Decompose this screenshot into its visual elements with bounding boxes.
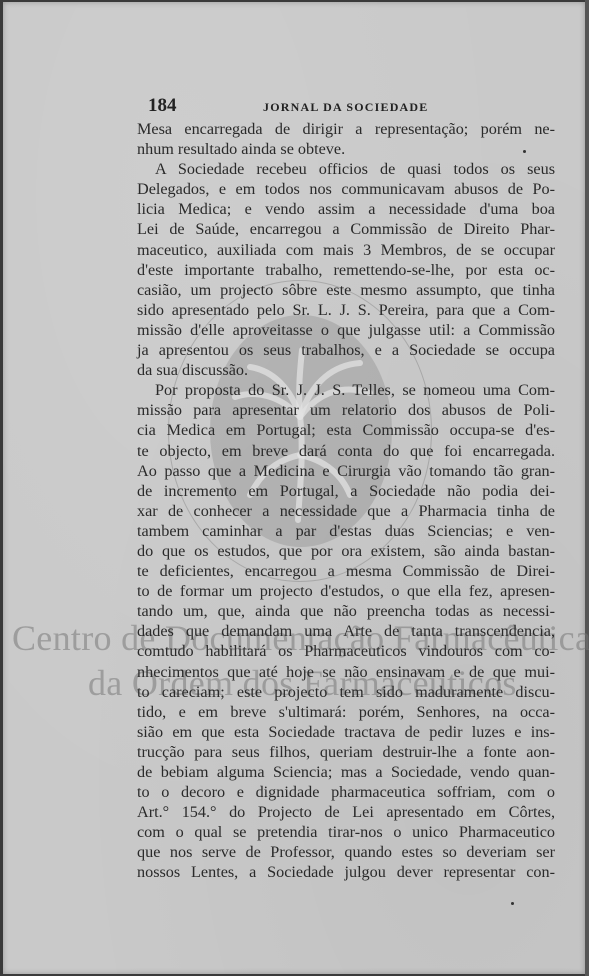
text-line: dades que demandam uma Arte de tanta tra… xyxy=(137,621,555,641)
running-head: JORNAL DA SOCIEDADE xyxy=(263,100,429,115)
text-line: to careciam; este projecto tem sido madu… xyxy=(137,682,555,702)
page-number: 184 xyxy=(148,95,177,117)
text-line: nhum resultado ainda se obteve. xyxy=(137,139,555,159)
text-line: missão para apresentar um relatorio dos … xyxy=(137,400,555,420)
text-line: te objecto, em breve dará conta do que f… xyxy=(137,441,555,461)
text-line: ja apresentou os seus trabalhos, e a Soc… xyxy=(137,340,555,360)
text-line: to o decoro e dignidade pharmaceutica so… xyxy=(137,782,555,802)
text-line: sião em que esta Sociedade tractava de p… xyxy=(137,722,555,742)
text-line: to de formar um projecto d'estudos, o qu… xyxy=(137,581,555,601)
text-line: tido, e em breve s'ultimará: porém, Senh… xyxy=(137,702,555,722)
text-line: comtudo habilitará os Pharmaceuticos vin… xyxy=(137,641,555,661)
text-line: de incremento em Portugal, a Sociedade n… xyxy=(137,481,555,501)
text-line: d'este importante trabalho, remettendo-s… xyxy=(137,260,555,280)
text-line: trucção para seus filhos, queriam destru… xyxy=(137,742,555,762)
text-line: nossos Lentes, a Sociedade julgou dever … xyxy=(137,862,555,882)
text-line: nhecimentos que até hoje se não ensinava… xyxy=(137,662,555,682)
text-line: cia Medica em Portugal; esta Commissão o… xyxy=(137,420,555,440)
text-line: casião, um projecto sôbre este mesmo ass… xyxy=(137,280,555,300)
text-line: te deficientes, encarregou a mesma Commi… xyxy=(137,561,555,581)
text-line: Lei de Saúde, encarregou a Commissão de … xyxy=(137,219,555,239)
paragraph-start-line: Por proposta do Sr. J. J. S. Telles, se … xyxy=(137,380,555,400)
text-line: Art.° 154.° do Projecto de Lei apresenta… xyxy=(137,802,555,822)
text-line: do que os estudos, que por ora existem, … xyxy=(137,541,555,561)
text-line: que nos serve de Professor, quando estes… xyxy=(137,842,555,862)
text-line: com o qual se pretendia tirar-nos o unic… xyxy=(137,822,555,842)
text-line: Mesa encarregada de dirigir a representa… xyxy=(137,119,555,139)
text-line: Delegados, e em todos nos communicavam a… xyxy=(137,179,555,199)
text-line: missão d'elle aproveitasse o que julgass… xyxy=(137,320,555,340)
text-line: tando um, que, ainda que não preencha to… xyxy=(137,601,555,621)
text-line: sido apresentado pelo Sr. L. J. S. Perei… xyxy=(137,300,555,320)
body-text: Mesa encarregada de dirigir a representa… xyxy=(137,119,555,883)
text-line: licia Medica; e vendo assim a necessidad… xyxy=(137,199,555,219)
paragraph-start-line: A Sociedade recebeu officios de quasi to… xyxy=(137,159,555,179)
page-frame-edge xyxy=(585,0,589,976)
text-line: tambem caminhar a par d'estas duas Scien… xyxy=(137,521,555,541)
text-line: de bebiam alguma Sciencia; mas a Socieda… xyxy=(137,762,555,782)
document-page: 184 JORNAL DA SOCIEDADE Mesa encarregada… xyxy=(3,2,585,974)
ink-speck xyxy=(511,902,514,905)
page-header: 184 JORNAL DA SOCIEDADE xyxy=(148,95,558,117)
text-line: Ao passo que a Medicina e Cirurgia vão t… xyxy=(137,461,555,481)
text-line: maceutico, auxiliada com mais 3 Membros,… xyxy=(137,240,555,260)
text-line: xar de conhecer a necessidade que a Phar… xyxy=(137,501,555,521)
text-line: da sua discussão. xyxy=(137,360,555,380)
